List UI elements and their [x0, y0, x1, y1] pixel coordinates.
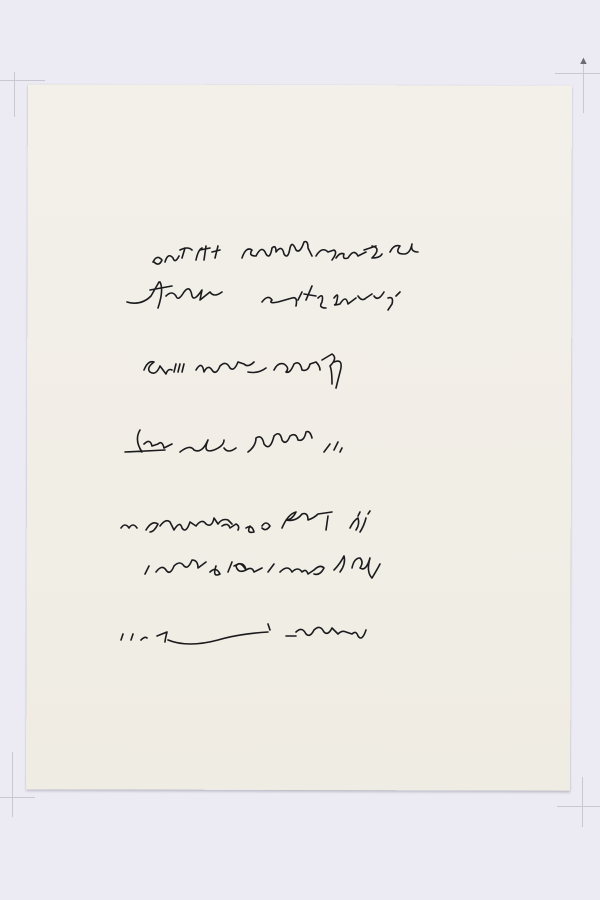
handwriting-line-5 — [121, 511, 370, 532]
handwriting-line-4 — [125, 430, 342, 452]
handwriting-line-1 — [153, 242, 418, 264]
asemic-handwriting — [0, 0, 600, 900]
handwriting-line-3 — [144, 354, 341, 388]
handwriting-line-2 — [127, 282, 400, 310]
handwriting-line-6 — [145, 556, 380, 578]
handwriting-line-7 — [121, 624, 366, 644]
